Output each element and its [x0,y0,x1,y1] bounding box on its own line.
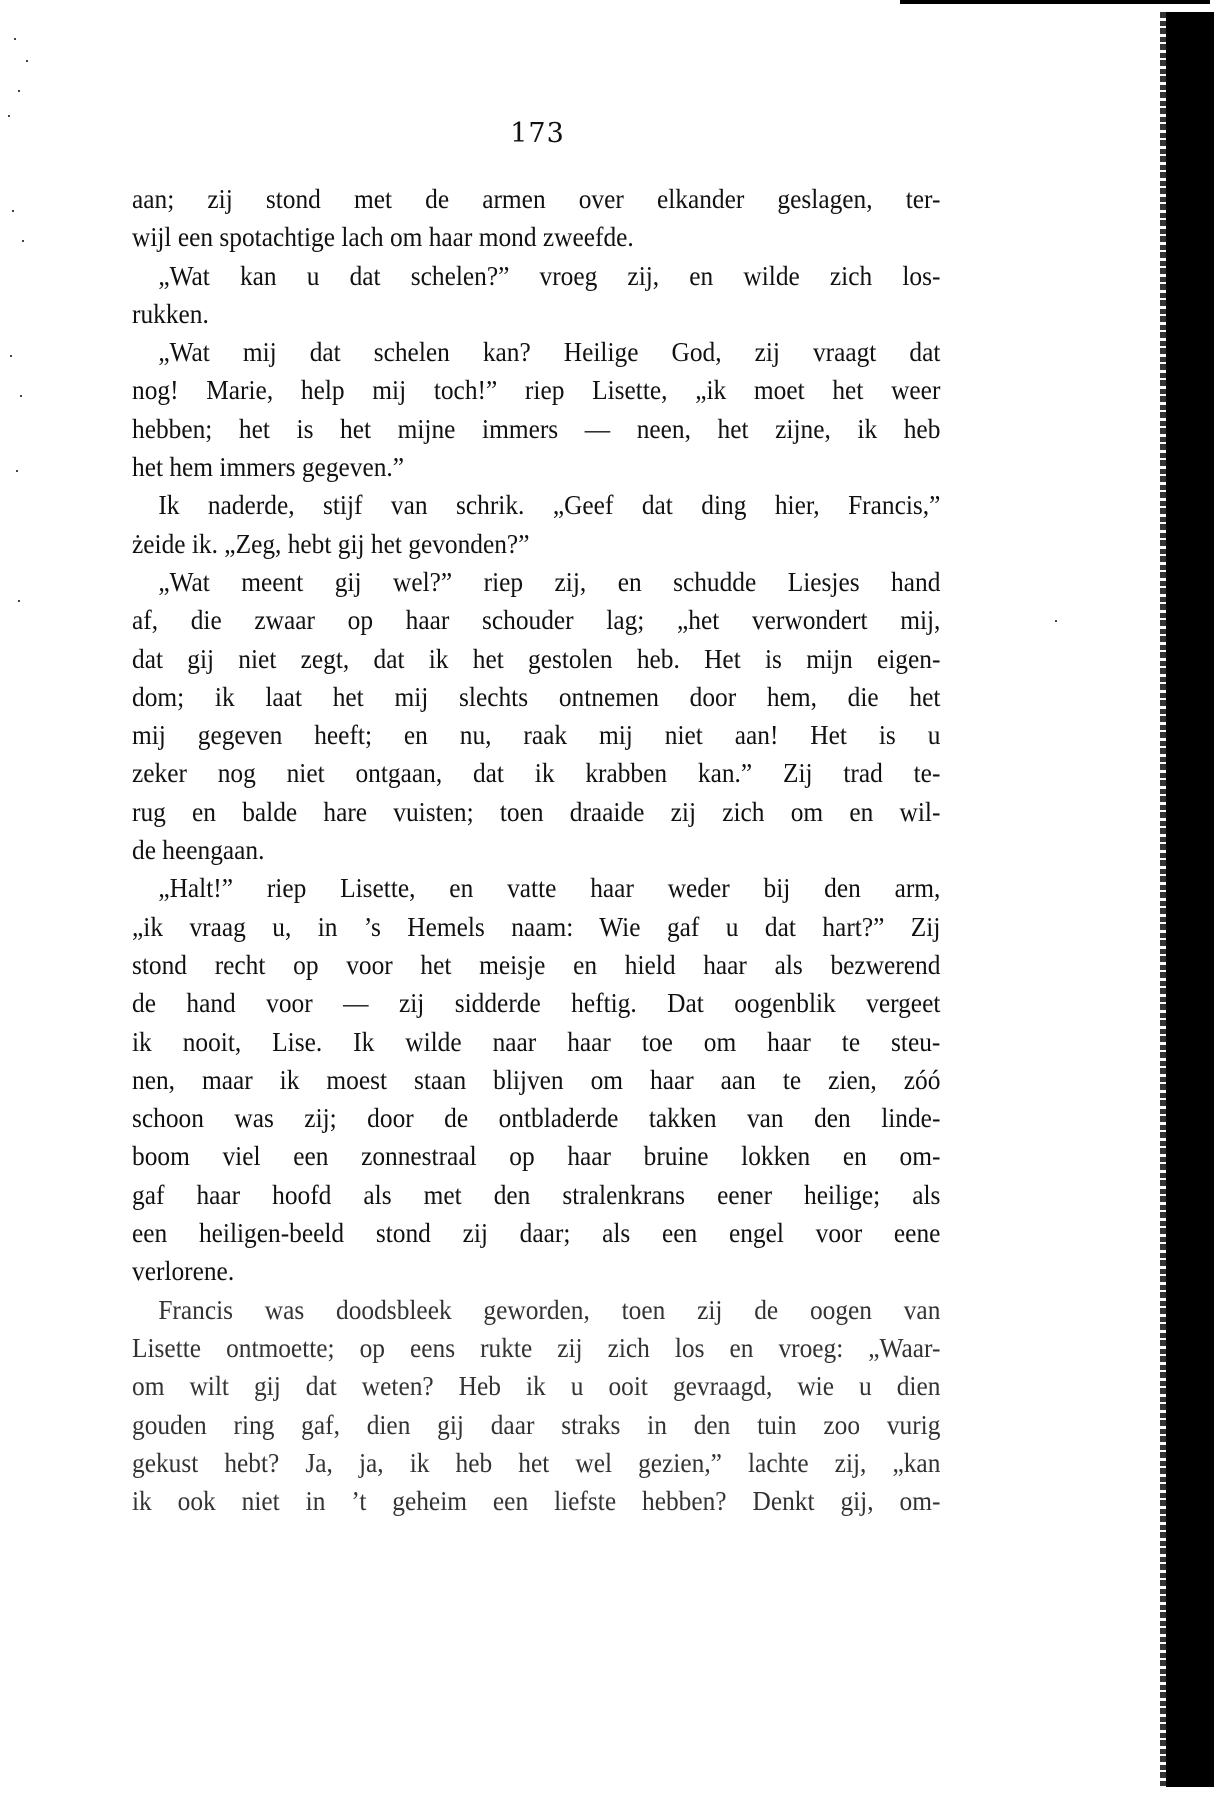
scan-speck [16,470,18,472]
scan-speck [26,60,28,62]
text-line: dat gij niet zegt, dat ik het gestolen h… [132,640,940,678]
scan-speck [12,210,14,212]
text-line: zeker nog niet ontgaan, dat ik krabben k… [132,754,940,792]
text-line: een heiligen-beeld stond zij daar; als e… [132,1214,940,1252]
scan-speck [18,90,20,92]
text-line: gouden ring gaf, dien gij daar straks in… [132,1406,940,1444]
text-line: Francis was doodsbleek geworden, toen zi… [132,1291,940,1329]
text-line: ik nooit, Lise. Ik wilde naar haar toe o… [132,1023,940,1061]
text-line: „Halt!” riep Lisette, en vatte haar wede… [132,869,940,907]
text-line: wijl een spotachtige lach om haar mond z… [132,218,940,256]
text-line: „Wat meent gij wel?” riep zij, en schudd… [132,563,940,601]
scan-binding-shadow [1166,12,1214,1787]
text-line: schoon was zij; door de ontbladerde takk… [132,1099,940,1137]
text-line: gaf haar hoofd als met den stralenkrans … [132,1176,940,1214]
text-line: nen, maar ik moest staan blijven om haar… [132,1061,940,1099]
text-line: om wilt gij dat weten? Heb ik u ooit gev… [132,1367,940,1405]
text-line: de hand voor — zij sidderde heftig. Dat … [132,984,940,1022]
scan-speck [10,355,12,357]
text-line: nog! Marie, help mij toch!” riep Lisette… [132,371,940,409]
page-number: 173 [0,118,1075,149]
text-line: Ik naderde, stijf van schrik. „Geef dat … [132,486,940,524]
text-line: „ik vraag u, in ’s Hemels naam: Wie gaf … [132,908,940,946]
scan-top-edge [900,0,1210,4]
text-line: hebben; het is het mijne immers — neen, … [132,410,940,448]
text-line: af, die zwaar op haar schouder lag; „het… [132,601,940,639]
text-line: mij gegeven heeft; en nu, raak mij niet … [132,716,940,754]
text-line: „Wat mij dat schelen kan? Heilige God, z… [132,333,940,371]
text-line: aan; zij stond met de armen over elkande… [132,180,940,218]
body-text: aan; zij stond met de armen over elkande… [132,180,892,1520]
scan-speck [22,240,24,242]
text-line: rukken. [132,295,940,333]
text-line: „Wat kan u dat schelen?” vroeg zij, en w… [132,257,940,295]
text-line: de heengaan. [132,831,940,869]
scan-speck [14,38,16,40]
text-line: dom; ik laat het mij slechts ontnemen do… [132,678,940,716]
text-line: gekust hebt? Ja, ja, ik heb het wel gezi… [132,1444,940,1482]
text-line: het hem immers gegeven.” [132,448,940,486]
text-line: stond recht op voor het meisje en hield … [132,946,940,984]
text-line: ik ook niet in ’t geheim een liefste heb… [132,1482,940,1520]
scan-speck [1055,620,1057,622]
text-line: rug en balde hare vuisten; toen draaide … [132,793,940,831]
scan-speck [20,395,22,397]
scan-speck [18,600,20,602]
text-line: żeide ik. „Zeg, hebt gij het gevonden?” [132,525,940,563]
text-line: Lisette ontmoette; op eens rukte zij zic… [132,1329,940,1367]
text-line: verlorene. [132,1252,940,1290]
scan-speck [8,115,10,117]
text-line: boom viel een zonnestraal op haar bruine… [132,1137,940,1175]
